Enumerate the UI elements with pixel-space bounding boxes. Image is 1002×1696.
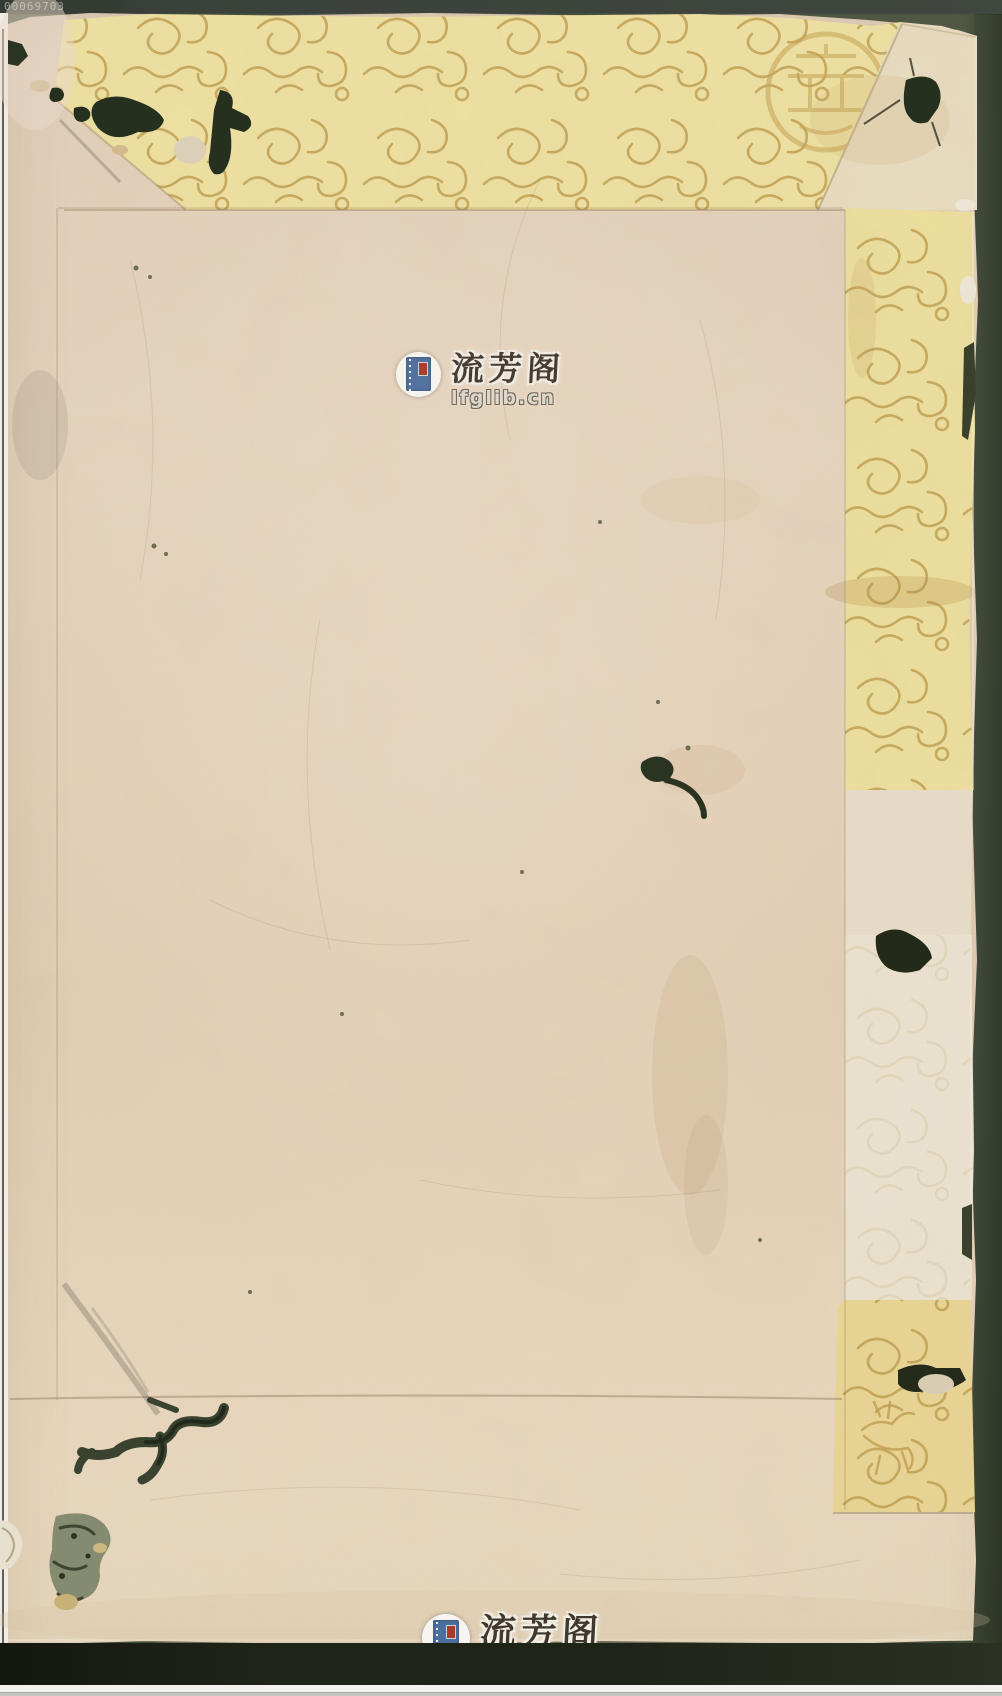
watermark-middle: 流芳阁 lfglib.cn: [396, 352, 565, 409]
scan-bottom-gray-strip: [0, 1692, 1002, 1696]
book-endpaper-page: [0, 0, 1002, 1696]
book-title-seal: [418, 362, 428, 376]
scan-bottom-shadow-edge: [0, 1643, 1002, 1685]
book-cover: [406, 357, 431, 391]
scan-viewport: 00069703: [0, 0, 1002, 1696]
page-left-edge: [0, 13, 8, 1696]
watermark-text-block: 流芳阁 lfglib.cn: [451, 352, 565, 409]
scan-id-text: 00069703: [4, 0, 65, 13]
book-title-seal: [446, 1625, 456, 1639]
watermark-site-name: 流芳阁: [450, 352, 566, 387]
scan-bottom-white-strip: [0, 1685, 1002, 1692]
thread-bound-book-icon: [396, 352, 441, 397]
scan-id-strip: 00069703: [0, 0, 1002, 14]
book-stitch-binding: [409, 359, 411, 391]
watermark-site-domain: lfglib.cn: [451, 387, 565, 409]
